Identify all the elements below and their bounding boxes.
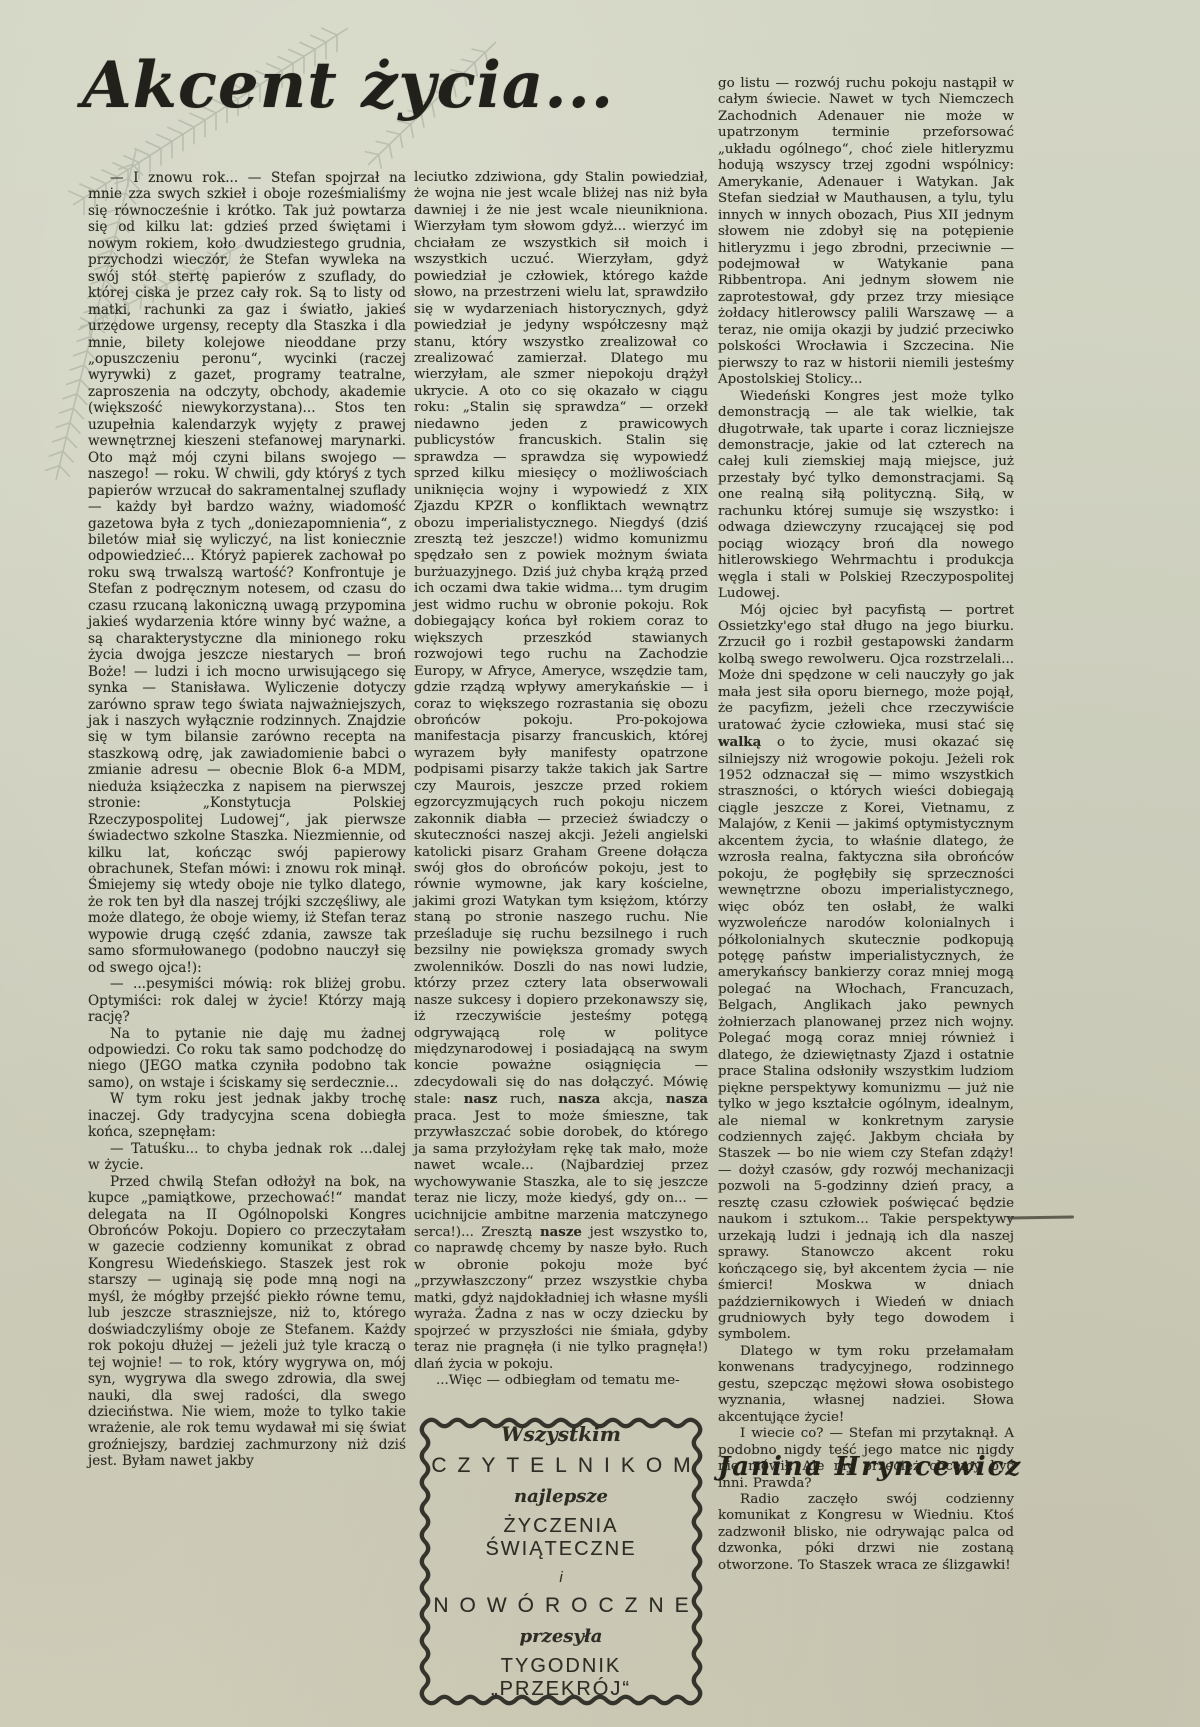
paragraph: leciutko zdziwiona, gdy Stalin powiedzia…	[414, 170, 708, 1373]
paragraph: Na to pytanie nie daję mu żadnej odpowie…	[88, 1026, 406, 1092]
article-column-2: leciutko zdziwiona, gdy Stalin powiedzia…	[414, 170, 708, 1390]
greeting-line: przesyła	[520, 1626, 603, 1647]
paragraph: — ...pesymiści mówią: rok bliżej grobu. …	[88, 976, 406, 1025]
paragraph: Radio zaczęło swój codzienny komunikat z…	[718, 1492, 1014, 1574]
greeting-line: CZYTELNIKOM	[431, 1454, 701, 1478]
greeting-line: TYGODNIK „PRZEKRÓJ“	[433, 1655, 689, 1701]
paragraph: W tym roku jest jednak jakby trochę inac…	[88, 1091, 406, 1140]
greeting-line: ŻYCZENIA ŚWIĄTECZNE	[433, 1515, 689, 1561]
paragraph: ...Więc — odbiegłam od tematu me-	[414, 1373, 708, 1389]
paragraph: Przed chwilą Stefan odłożył na bok, na k…	[88, 1174, 406, 1470]
paragraph: Wiedeński Kongres jest może tylko demons…	[718, 389, 1014, 603]
paragraph: — Tatuśku... to chyba jednak rok ...dale…	[88, 1141, 406, 1174]
greeting-line: NOWÓROCZNE	[433, 1594, 699, 1618]
paragraph: Mój ojciec był pacyfistą — portret Ossie…	[718, 603, 1014, 1344]
paragraph: — I znowu rok... — Stefan spojrzał na mn…	[88, 170, 406, 976]
greeting-line: najlepsze	[514, 1486, 608, 1507]
article-column-1: — I znowu rok... — Stefan spojrzał na mn…	[88, 170, 406, 1470]
ink-dash-mark	[1008, 1215, 1074, 1219]
magazine-page: Akcent życia... — I znowu rok... — Stefa…	[0, 0, 1200, 1727]
author-signature: Janina Hryncewicz	[718, 1452, 1018, 1482]
paragraph: Dlatego w tym roku przełamałam konwenans…	[718, 1344, 1014, 1426]
article-column-3: go listu — rozwój ruchu pokoju nastąpił …	[718, 76, 1014, 1574]
greeting-lines: WszystkimCZYTELNIKOMnajlepszeŻYCZENIA ŚW…	[433, 1431, 689, 1692]
paragraph: go listu — rozwój ruchu pokoju nastąpił …	[718, 76, 1014, 389]
greeting-line: Wszystkim	[501, 1422, 621, 1446]
article-title: Akcent życia...	[82, 48, 642, 123]
greeting-line: i	[559, 1569, 562, 1586]
greeting-box: WszystkimCZYTELNIKOMnajlepszeŻYCZENIA ŚW…	[419, 1417, 703, 1706]
